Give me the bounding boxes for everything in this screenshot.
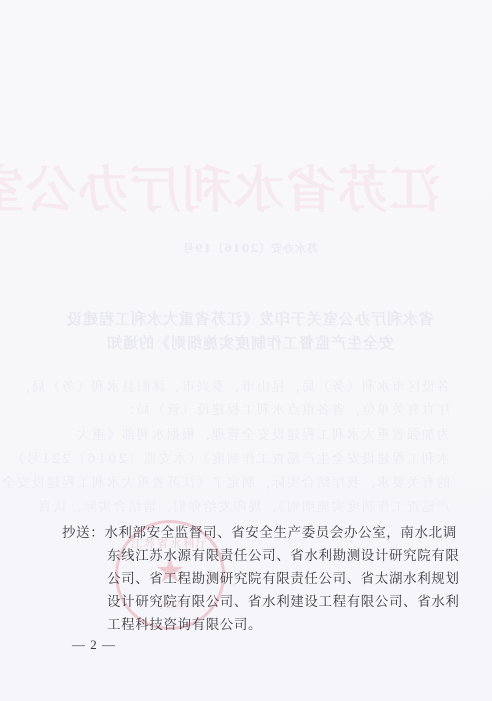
cc-text: 公司、省工程勘测研究院有限责任公司、省太湖水利规划	[107, 571, 460, 587]
cc-label: 抄送：	[62, 522, 104, 545]
bleed-through-body-line: 为加强省重大水利工程建设安全管理，根据水利部《重大	[60, 424, 450, 443]
cc-line: 抄送：水利部安全监督司、省安全生产委员会办公室，南水北调	[62, 522, 472, 545]
bleed-through-body-line: 的有关要求，我厅结合实际，制定了《江苏省重大水利工程建设安全生	[60, 472, 450, 491]
cc-section: 抄送：水利部安全监督司、省安全生产委员会办公室，南水北调 东线江苏水源有限责任公…	[62, 522, 472, 637]
bleed-through-body-line: 产巡查工作制度实施细则》，现印发给你们，请结合实际，认真	[60, 496, 450, 515]
bleed-through-title-line: 省水利厅办公室关于印发《江苏省重大水利工程建设	[60, 308, 440, 329]
bleed-through-body-line: 水利工程建设安全生产巡查工作制度》（水安监〔2016〕221号）	[60, 448, 450, 467]
document-page: 江苏省水利厅办公室文件 苏水办安〔2016〕19号 省水利厅办公室关于印发《江苏…	[0, 0, 492, 701]
bleed-through-doc-number: 苏水办安〔2016〕19号	[170, 240, 330, 256]
cc-text: 工程科技咨询有限公司。	[107, 617, 262, 633]
bleed-through-title-line: 安全生产监督工作制度实施细则》的通知	[60, 332, 440, 353]
cc-text: 设计研究院有限公司、省水利建设工程有限公司、省水利	[107, 594, 460, 610]
cc-line: 公司、省工程勘测研究院有限责任公司、省太湖水利规划	[62, 568, 472, 591]
cc-line: 设计研究院有限公司、省水利建设工程有限公司、省水利	[62, 591, 472, 614]
bleed-through-body-line: 厅直有关单位，省各重点水利工程建设（管）局：	[60, 399, 450, 418]
bleed-through-header: 江苏省水利厅办公室文件	[60, 150, 440, 222]
cc-text: 水利部安全监督司、省安全生产委员会办公室，南水北调	[104, 525, 457, 541]
page-number: — 2 —	[72, 637, 116, 653]
cc-text: 东线江苏水源有限责任公司、省水利勘测设计研究院有限	[107, 548, 460, 564]
bleed-through-body-line: 各设区市水利（务）局，昆山市、泰兴市、沭阳县水利（务）局，	[60, 376, 450, 395]
cc-line: 工程科技咨询有限公司。	[62, 614, 472, 637]
cc-line: 东线江苏水源有限责任公司、省水利勘测设计研究院有限	[62, 545, 472, 568]
